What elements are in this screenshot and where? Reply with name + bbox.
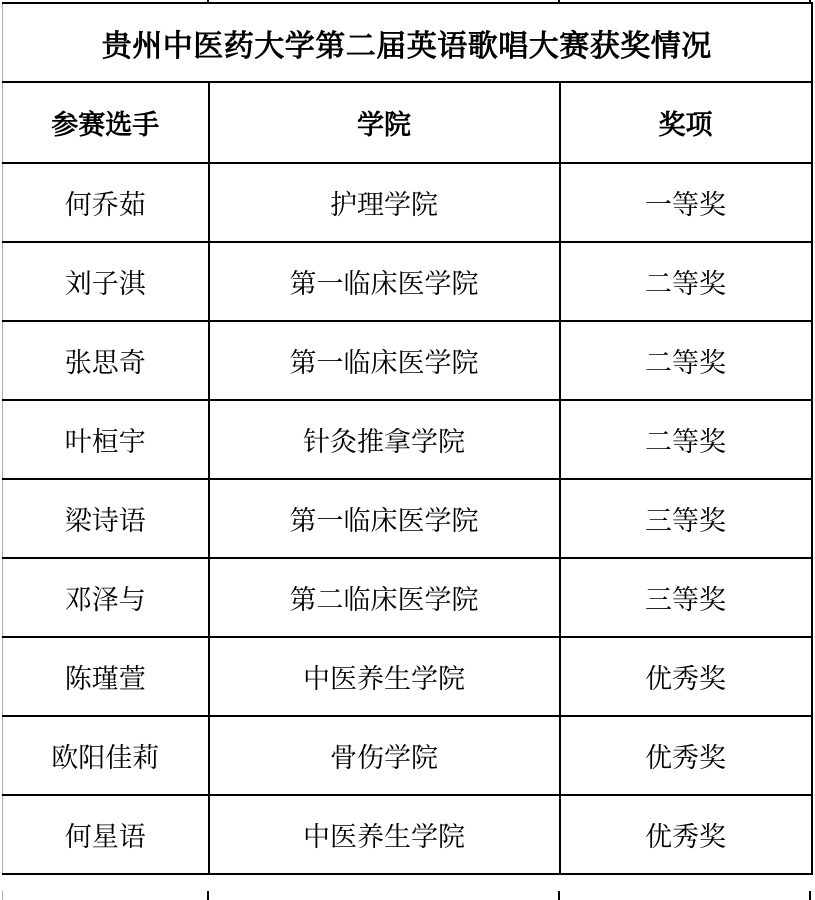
column-header-award: 奖项 bbox=[560, 82, 812, 163]
contestant-cell: 叶桓宇 bbox=[3, 400, 209, 479]
table-title: 贵州中医药大学第二届英语歌唱大赛获奖情况 bbox=[3, 3, 812, 82]
gridline-stub bbox=[558, 891, 560, 900]
gridline-stub bbox=[809, 0, 811, 4]
contestant-cell: 邓泽与 bbox=[3, 558, 209, 637]
awards-table: 贵州中医药大学第二届英语歌唱大赛获奖情况 参赛选手 学院 奖项 何乔茹 护理学院… bbox=[2, 2, 813, 875]
table-row: 陈瑾萱 中医养生学院 优秀奖 bbox=[3, 637, 812, 716]
table-header-row: 参赛选手 学院 奖项 bbox=[3, 82, 812, 163]
college-cell: 针灸推拿学院 bbox=[209, 400, 560, 479]
table-row: 梁诗语 第一临床医学院 三等奖 bbox=[3, 479, 812, 558]
award-cell: 优秀奖 bbox=[560, 637, 812, 716]
document-page: 贵州中医药大学第二届英语歌唱大赛获奖情况 参赛选手 学院 奖项 何乔茹 护理学院… bbox=[0, 0, 815, 900]
college-cell: 中医养生学院 bbox=[209, 637, 560, 716]
gridline-stub bbox=[2, 891, 3, 900]
column-header-contestant: 参赛选手 bbox=[3, 82, 209, 163]
column-header-college: 学院 bbox=[209, 82, 560, 163]
contestant-cell: 何乔茹 bbox=[3, 163, 209, 242]
college-cell: 中医养生学院 bbox=[209, 795, 560, 874]
college-cell: 第二临床医学院 bbox=[209, 558, 560, 637]
table-row: 何乔茹 护理学院 一等奖 bbox=[3, 163, 812, 242]
gridline-stub bbox=[558, 0, 560, 4]
table-row: 欧阳佳莉 骨伤学院 优秀奖 bbox=[3, 716, 812, 795]
table-row: 刘子淇 第一临床医学院 二等奖 bbox=[3, 242, 812, 321]
college-cell: 骨伤学院 bbox=[209, 716, 560, 795]
gridline-stub bbox=[809, 891, 811, 900]
award-cell: 一等奖 bbox=[560, 163, 812, 242]
college-cell: 第一临床医学院 bbox=[209, 321, 560, 400]
award-cell: 二等奖 bbox=[560, 400, 812, 479]
table-row: 张思奇 第一临床医学院 二等奖 bbox=[3, 321, 812, 400]
award-cell: 二等奖 bbox=[560, 321, 812, 400]
award-cell: 优秀奖 bbox=[560, 716, 812, 795]
gridline-stub bbox=[207, 891, 209, 900]
contestant-cell: 何星语 bbox=[3, 795, 209, 874]
award-cell: 三等奖 bbox=[560, 479, 812, 558]
college-cell: 护理学院 bbox=[209, 163, 560, 242]
contestant-cell: 欧阳佳莉 bbox=[3, 716, 209, 795]
award-cell: 三等奖 bbox=[560, 558, 812, 637]
contestant-cell: 张思奇 bbox=[3, 321, 209, 400]
contestant-cell: 梁诗语 bbox=[3, 479, 209, 558]
table-row: 邓泽与 第二临床医学院 三等奖 bbox=[3, 558, 812, 637]
award-cell: 优秀奖 bbox=[560, 795, 812, 874]
college-cell: 第一临床医学院 bbox=[209, 242, 560, 321]
awards-table-body: 何乔茹 护理学院 一等奖 刘子淇 第一临床医学院 二等奖 张思奇 第一临床医学院… bbox=[3, 163, 812, 874]
award-cell: 二等奖 bbox=[560, 242, 812, 321]
contestant-cell: 刘子淇 bbox=[3, 242, 209, 321]
table-row: 何星语 中医养生学院 优秀奖 bbox=[3, 795, 812, 874]
gridline-stub bbox=[207, 0, 209, 4]
college-cell: 第一临床医学院 bbox=[209, 479, 560, 558]
contestant-cell: 陈瑾萱 bbox=[3, 637, 209, 716]
table-title-row: 贵州中医药大学第二届英语歌唱大赛获奖情况 bbox=[3, 3, 812, 82]
table-row: 叶桓宇 针灸推拿学院 二等奖 bbox=[3, 400, 812, 479]
